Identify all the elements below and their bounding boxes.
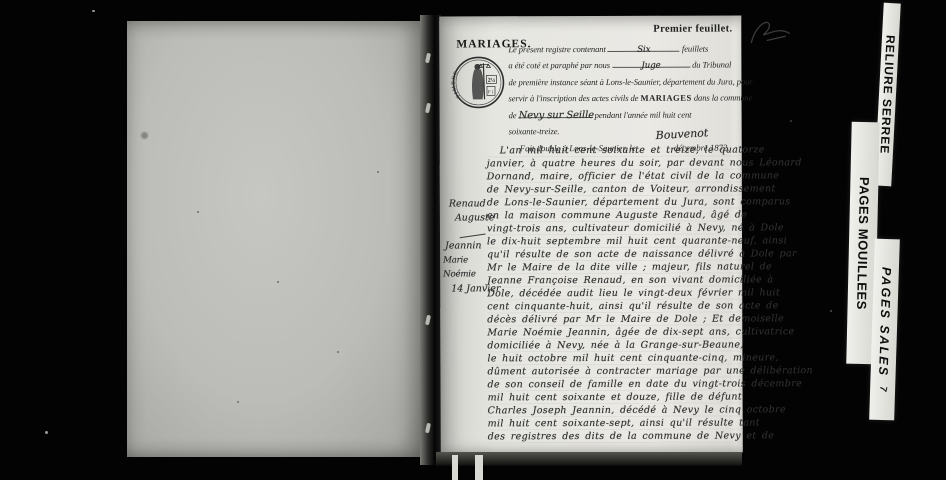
filled-blank: Nevy sur Seille	[519, 107, 593, 118]
act-line: en la maison commune Auguste Renaud, âgé…	[487, 208, 747, 222]
act-line: cent cinquante-huit, ainsi qu'il résulte…	[487, 299, 747, 313]
film-speck	[92, 10, 95, 12]
film-speck	[830, 310, 832, 312]
act-line: Dornand, maire, officier de l'état civil…	[487, 169, 747, 183]
film-speck	[45, 431, 48, 434]
act-line: vingt-trois ans, cultivateur domicilié à…	[487, 221, 747, 235]
act-line: Dole, décédée audit lieu le vingt-deux f…	[487, 286, 747, 300]
act-line: de son conseil de famille en date du vin…	[488, 377, 748, 391]
act-line: de Nevy-sur-Seille, canton de Voiteur, a…	[487, 182, 747, 196]
form-line: de première instance séant à Lons-le-Sau…	[508, 73, 746, 90]
pages-sales-note: 7	[877, 385, 889, 393]
timbre-stamp-icon: TIMBRE 2¼ F 1	[450, 53, 506, 111]
act-line: Marie Noémie Jeannin, âgée de dix-sept a…	[487, 325, 747, 339]
stitch-mark	[425, 315, 431, 326]
pages-sales-label: PAGES SALES 7	[869, 239, 900, 421]
form-line: Le présent registre contenant Six feuill…	[508, 40, 746, 57]
svg-text:F 1: F 1	[488, 89, 494, 94]
act-line: qu'il résulte de son acte de naissance d…	[487, 247, 747, 261]
filled-blank: Six	[608, 41, 680, 52]
act-line: mil huit cent soixante et douze, fille d…	[488, 390, 748, 404]
film-speck	[790, 120, 792, 122]
paper-tab	[452, 455, 458, 480]
page-blemish	[140, 131, 149, 140]
filled-blank: Juge	[612, 57, 690, 68]
left-page	[127, 21, 424, 457]
act-line: dûment autorisée à contracter mariage pa…	[487, 364, 747, 378]
right-page: Premier feuillet. MARIAGES. TIMBRE 2¼ F …	[439, 15, 743, 453]
register-declaration: Le présent registre contenant Six feuill…	[508, 40, 746, 139]
margin-flourish	[458, 225, 485, 239]
act-line: des registres des dits de la commune de …	[488, 429, 748, 443]
act-line: mil huit cent soixante-sept, ainsi qu'il…	[488, 416, 748, 430]
act-line: janvier, à quatre heures du soir, par de…	[487, 156, 747, 170]
paper-tab	[475, 455, 483, 480]
act-line: le dix-huit septembre mil huit cent quar…	[487, 234, 747, 248]
clerk-signature: Bouvenot	[655, 126, 708, 142]
stitch-mark	[425, 53, 431, 64]
act-line: Charles Joseph Jeannin, décédé à Nevy le…	[488, 403, 748, 417]
svg-text:2¼: 2¼	[488, 78, 496, 84]
paraph-flourish-icon	[747, 16, 793, 48]
act-line: décès délivré par Mr le Maire de Dole ; …	[487, 312, 747, 326]
form-line: servir à l'inscription des actes civils …	[508, 90, 746, 107]
form-line: soixante-treize.	[509, 122, 747, 139]
svg-text:TIMBRE: TIMBRE	[451, 70, 462, 99]
stitch-mark	[425, 103, 431, 114]
act-body: L'an mil huit cent soixante et treize, l…	[487, 143, 748, 443]
act-line: Jeanne Françoise Renaud, en son vivant d…	[487, 273, 747, 287]
act-line: le huit octobre mil huit cent cinquante-…	[487, 351, 747, 365]
archive-scan-background: Premier feuillet. MARIAGES. TIMBRE 2¼ F …	[0, 0, 946, 480]
form-line: a été coté et paraphé par nous Juge du T…	[508, 57, 746, 74]
form-line: de Nevy sur Seille pendant l'année mil h…	[509, 106, 747, 123]
act-line: domiciliée à Nevy, née à la Grange-sur-B…	[487, 338, 747, 352]
act-line: Mr le Maire de la dite ville ; majeur, f…	[487, 260, 747, 274]
stitch-mark	[425, 423, 431, 434]
act-line: de Lons-le-Saunier, département du Jura,…	[487, 195, 747, 209]
binding-gutter	[420, 15, 441, 465]
act-line: L'an mil huit cent soixante et treize, l…	[487, 143, 747, 157]
folio-heading: Premier feuillet.	[653, 24, 732, 35]
